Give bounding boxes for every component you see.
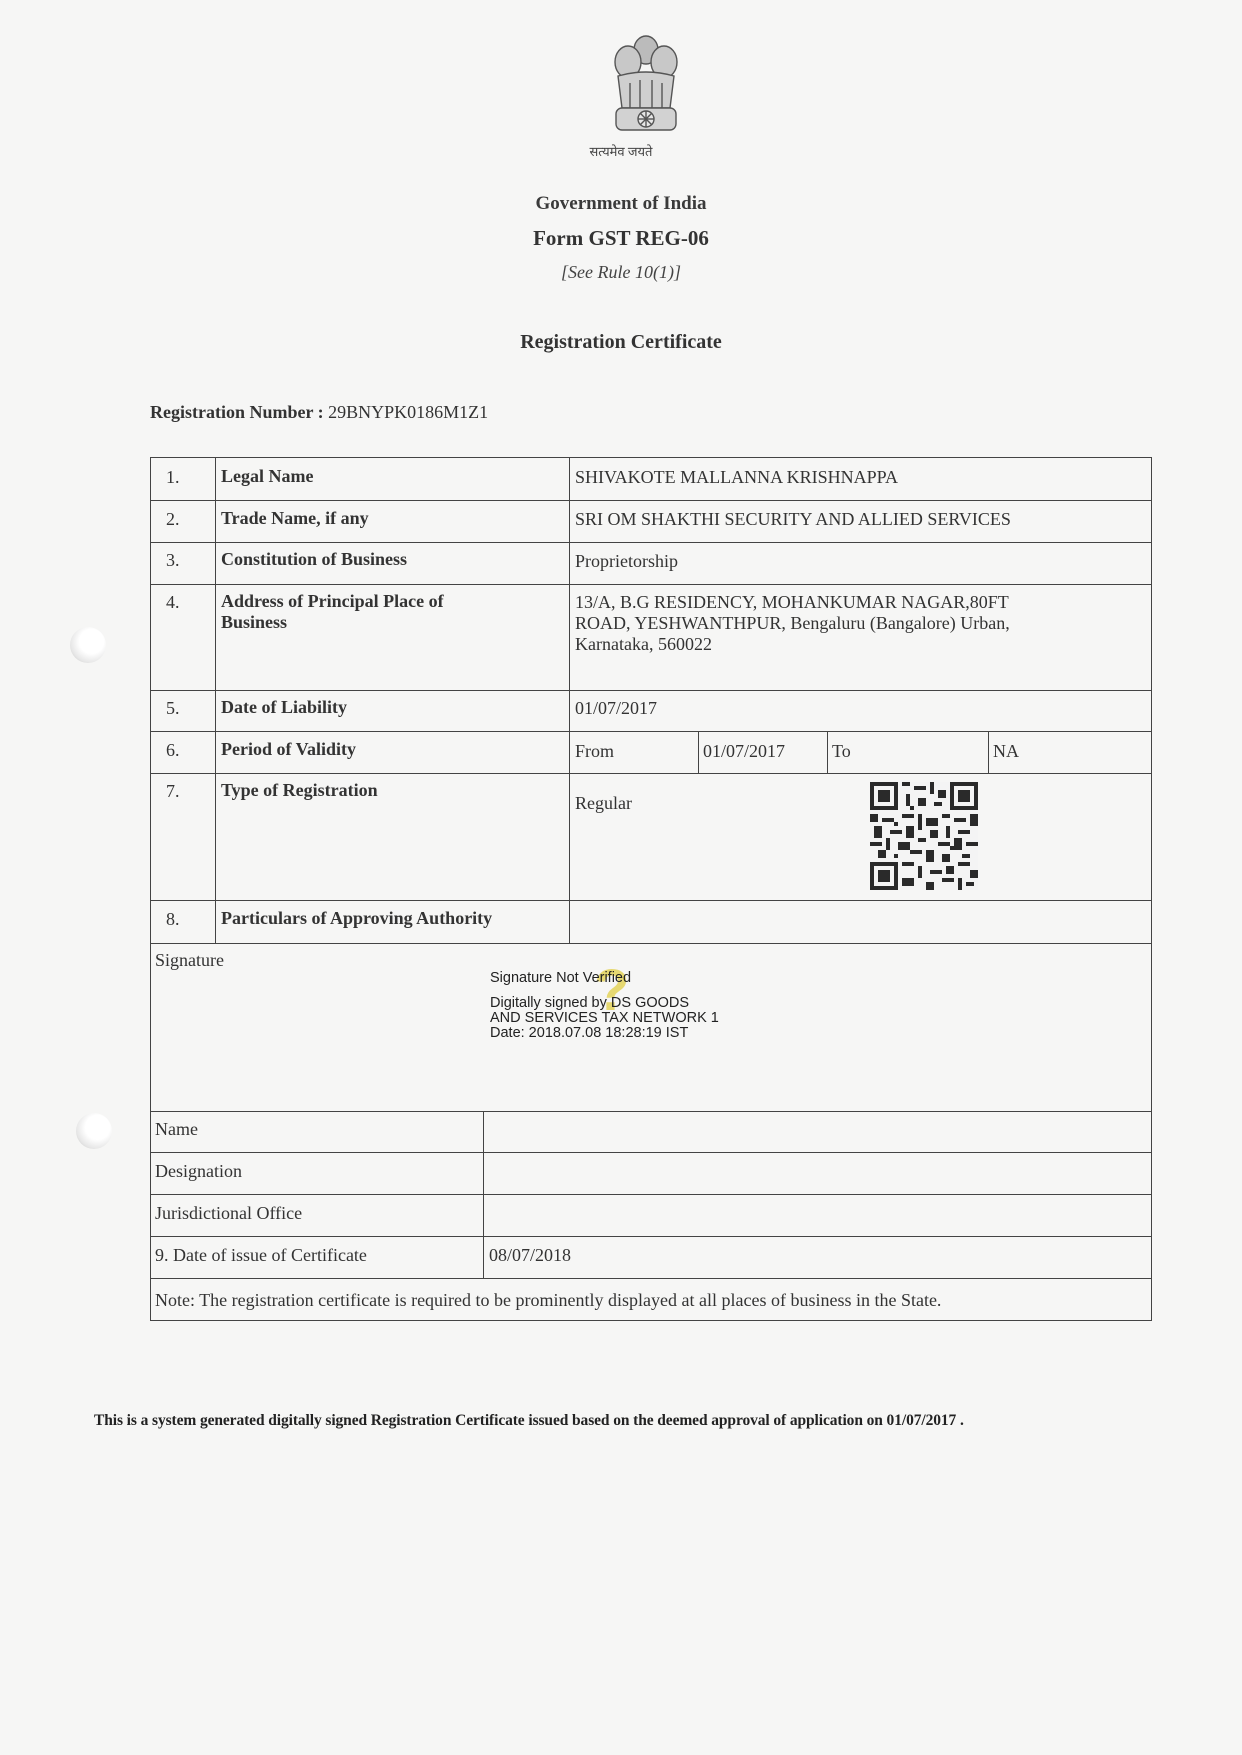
signature-label: Signature (155, 950, 224, 971)
row-number: 2. (166, 509, 180, 530)
row-number: 8. (166, 909, 180, 930)
designation-label: Designation (155, 1161, 242, 1182)
national-emblem-icon (606, 28, 686, 150)
certificate-title: Registration Certificate (0, 331, 1242, 354)
address-value-line2: ROAD, YESHWANTHPUR, Bengaluru (Bangalore… (575, 613, 1010, 634)
authority-name-label: Name (155, 1119, 198, 1140)
row-number: 6. (166, 740, 180, 761)
system-generated-footer: This is a system generated digitally sig… (94, 1412, 964, 1430)
government-heading: Government of India (0, 193, 1242, 215)
constitution-value: Proprietorship (575, 551, 678, 572)
legal-name-label: Legal Name (221, 466, 313, 487)
rule-reference: [See Rule 10(1)] (0, 262, 1242, 283)
validity-label: Period of Validity (221, 739, 356, 760)
row-number: 4. (166, 592, 180, 613)
address-value-line1: 13/A, B.G RESIDENCY, MOHANKUMAR NAGAR,80… (575, 592, 1009, 613)
address-label-line1: Address of Principal Place of (221, 591, 444, 612)
registration-type-label: Type of Registration (221, 780, 378, 801)
registration-number-value: 29BNYPK0186M1Z1 (328, 402, 488, 422)
issue-date-label: 9. Date of issue of Certificate (155, 1245, 367, 1266)
address-label-line2: Business (221, 612, 287, 633)
registration-type-value: Regular (575, 793, 632, 814)
liability-date-label: Date of Liability (221, 697, 347, 718)
row-number: 1. (166, 467, 180, 488)
signature-line-3: Date: 2018.07.08 18:28:19 IST (490, 1026, 688, 1041)
qr-code-icon (870, 782, 978, 890)
issue-date-value: 08/07/2018 (489, 1245, 571, 1266)
row-number: 5. (166, 698, 180, 719)
liability-date-value: 01/07/2017 (575, 698, 657, 719)
signature-line-1: Digitally signed by DS GOODS (490, 996, 689, 1011)
row-number: 7. (166, 781, 180, 802)
approving-authority-label: Particulars of Approving Authority (221, 908, 492, 929)
validity-to-value: NA (993, 741, 1019, 762)
signature-line-2: AND SERVICES TAX NETWORK 1 (490, 1011, 719, 1026)
validity-from-label: From (575, 741, 614, 762)
display-note: Note: The registration certificate is re… (155, 1290, 941, 1311)
punch-hole-decoration (70, 627, 106, 663)
signature-status: Signature Not Verified (490, 971, 631, 986)
trade-name-label: Trade Name, if any (221, 508, 369, 529)
row-number: 3. (166, 550, 180, 571)
validity-to-label: To (832, 741, 851, 762)
address-value-line3: Karnataka, 560022 (575, 634, 712, 655)
legal-name-value: SHIVAKOTE MALLANNA KRISHNAPPA (575, 467, 898, 488)
national-motto: सत्यमेव जयते (0, 142, 1242, 160)
punch-hole-decoration (76, 1113, 112, 1149)
jurisdictional-office-label: Jurisdictional Office (155, 1203, 302, 1224)
registration-number-label: Registration Number : (150, 402, 328, 422)
registration-number-line: Registration Number : 29BNYPK0186M1Z1 (150, 402, 488, 423)
form-title: Form GST REG-06 (0, 226, 1242, 251)
trade-name-value: SRI OM SHAKTHI SECURITY AND ALLIED SERVI… (575, 509, 1011, 530)
validity-from-value: 01/07/2017 (703, 741, 785, 762)
constitution-label: Constitution of Business (221, 549, 407, 570)
